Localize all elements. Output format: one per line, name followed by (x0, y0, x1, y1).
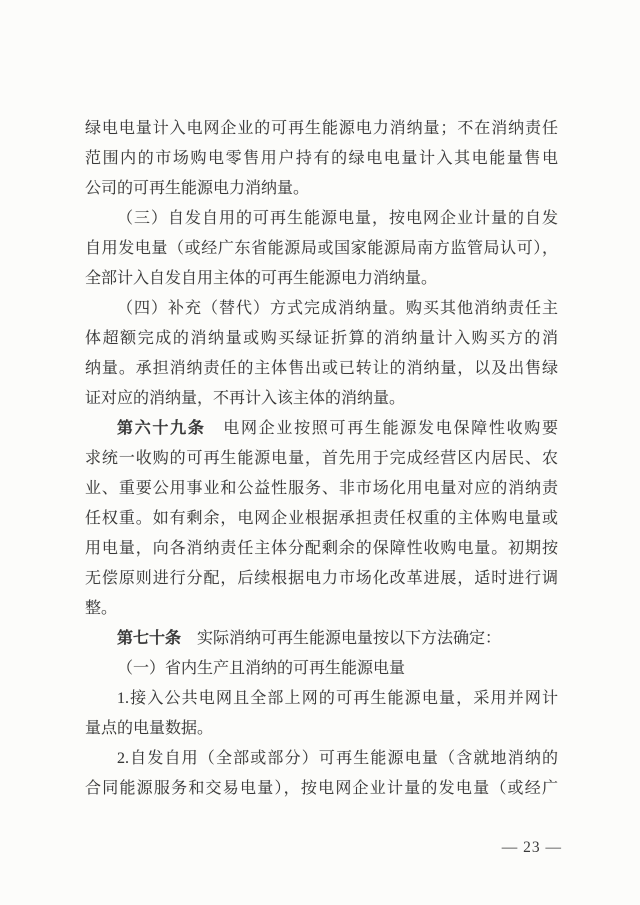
text-line: 第七十条 实际消纳可再生能源电量按以下方法确定： (85, 624, 558, 654)
text-line: 任权重。如有剩余，电网企业根据承担责任权重的主体购电量或 (85, 504, 558, 534)
text-line: 合同能源服务和交易电量），按电网企业计量的发电量（或经广 (85, 774, 558, 804)
text-line: 2.自发自用（全部或部分）可再生能源电量（含就地消纳的 (85, 744, 558, 774)
text-line: 纳量。承担消纳责任的主体售出或已转让的消纳量，以及出售绿 (85, 354, 558, 384)
article-number: 第六十九条 (117, 420, 206, 437)
text-line: （四）补充（替代）方式完成消纳量。购买其他消纳责任主 (85, 294, 558, 324)
text-line: 用电量，向各消纳责任主体分配剩余的保障性收购电量。初期按 (85, 534, 558, 564)
text-line: 无偿原则进行分配，后续根据电力市场化改革进展，适时进行调 (85, 564, 558, 594)
text-line: （三）自发自用的可再生能源电量，按电网企业计量的自发 (85, 204, 558, 234)
text-line: 体超额完成的消纳量或购买绿证折算的消纳量计入购买方的消 (85, 324, 558, 354)
text-line: 自用发电量（或经广东省能源局或国家能源局南方监管局认可）， (85, 234, 558, 264)
page-number: — 23 — (0, 838, 640, 858)
text-line: 业、重要公用事业和公益性服务、非市场化用电量对应的消纳责 (85, 474, 558, 504)
text-line: 公司的可再生能源电力消纳量。 (85, 174, 558, 204)
document-page: 绿电电量计入电网企业的可再生能源电力消纳量；不在消纳责任 范围内的市场购电零售用… (0, 0, 640, 905)
text-line: （一）省内生产且消纳的可再生能源电量 (85, 654, 558, 684)
text-line: 范围内的市场购电零售用户持有的绿电电量计入其电能量售电 (85, 144, 558, 174)
document-body: 绿电电量计入电网企业的可再生能源电力消纳量；不在消纳责任 范围内的市场购电零售用… (85, 114, 558, 804)
text-line: 全部计入自发自用主体的可再生能源电力消纳量。 (85, 264, 558, 294)
article-number: 第七十条 (117, 630, 181, 647)
text-line: 量点的电量数据。 (85, 714, 558, 744)
text-line: 绿电电量计入电网企业的可再生能源电力消纳量；不在消纳责任 (85, 114, 558, 144)
article-text: 电网企业按照可再生能源发电保障性收购要 (206, 420, 558, 437)
text-line: 证对应的消纳量，不再计入该主体的消纳量。 (85, 384, 558, 414)
article-text: 实际消纳可再生能源电量按以下方法确定： (181, 630, 501, 647)
text-line: 整。 (85, 594, 558, 624)
text-line: 求统一收购的可再生能源电量，首先用于完成经营区内居民、农 (85, 444, 558, 474)
text-line: 第六十九条 电网企业按照可再生能源发电保障性收购要 (85, 414, 558, 444)
text-line: 1.接入公共电网且全部上网的可再生能源电量，采用并网计 (85, 684, 558, 714)
